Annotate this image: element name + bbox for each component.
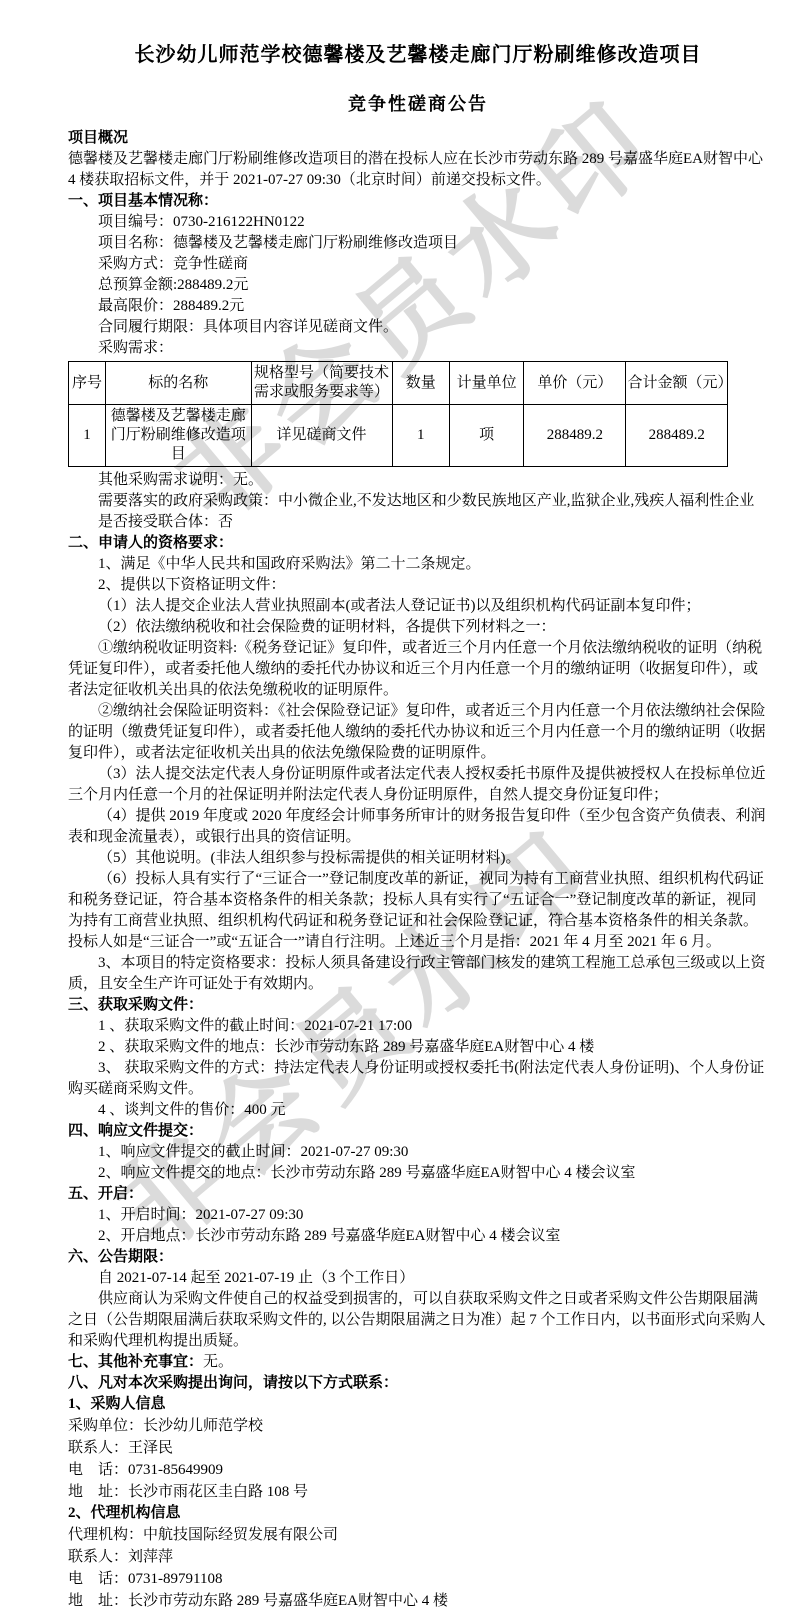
table-cell: 288489.2: [626, 405, 728, 467]
paragraph: 3、 获取采购文件的方式：持法定代表人身份证明或授权委托书(附法定代表人身份证明…: [68, 1058, 768, 1100]
section-heading: 七、其他补充事宜：无。: [68, 1352, 768, 1373]
section-heading: 一、项目基本情况称：: [68, 191, 768, 212]
paragraph: 1 、获取采购文件的截止时间：2021-07-21 17:00: [68, 1016, 768, 1037]
table-header-cell: 标的名称: [105, 362, 251, 405]
paragraph: ①缴纳税收证明资料:《税务登记证》复印件，或者近三个月内任意一个月依法缴纳税收的…: [68, 638, 768, 701]
section-heading: 四、响应文件提交：: [68, 1121, 768, 1142]
document-title: 长沙幼儿师范学校德馨楼及艺馨楼走廊门厅粉刷维修改造项目: [68, 42, 768, 68]
paragraph: （6）投标人具有实行了“三证合一”登记制度改革的新证，视同为持有工商营业执照、组…: [68, 869, 768, 953]
paragraph: 代理机构：中航技国际经贸发展有限公司: [68, 1524, 768, 1546]
announcement-document: 长沙幼儿师范学校德馨楼及艺馨楼走廊门厅粉刷维修改造项目 竞争性磋商公告 项目概况…: [68, 42, 768, 1612]
paragraph: 联系人：刘萍萍: [68, 1546, 768, 1568]
paragraph: 联系人：王泽民: [68, 1437, 768, 1459]
table-header-cell: 规格型号（简要技术需求或服务要求等）: [251, 362, 392, 405]
paragraph: 地 址：长沙市劳动东路 289 号嘉盛华庭EA财智中心 4 楼: [68, 1590, 768, 1612]
table-header-row: 序号标的名称规格型号（简要技术需求或服务要求等）数量计量单位单价（元）合计金额（…: [69, 362, 728, 405]
paragraph: 项目名称：德馨楼及艺馨楼走廊门厅粉刷维修改造项目: [68, 233, 768, 254]
table-cell: 详见磋商文件: [251, 405, 392, 467]
table-row: 1德馨楼及艺馨楼走廊门厅粉刷维修改造项目详见磋商文件1项288489.22884…: [69, 405, 728, 467]
section-heading: 六、公告期限：: [68, 1247, 768, 1268]
paragraph: 2 、获取采购文件的地点：长沙市劳动东路 289 号嘉盛华庭EA财智中心 4 楼: [68, 1037, 768, 1058]
paragraph: 1、开启时间：2021-07-27 09:30: [68, 1205, 768, 1226]
paragraph: （3）法人提交法定代表人身份证明原件或者法定代表人授权委托书原件及提供被授权人在…: [68, 764, 768, 806]
paragraph: 需要落实的政府采购政策：中小微企业,不发达地区和少数民族地区产业,监狱企业,残疾…: [68, 491, 768, 512]
paragraph: 采购方式：竞争性磋商: [68, 254, 768, 275]
paragraph: 2、响应文件提交的地点：长沙市劳动东路 289 号嘉盛华庭EA财智中心 4 楼会…: [68, 1163, 768, 1184]
document-body: 项目概况德馨楼及艺馨楼走廊门厅粉刷维修改造项目的潜在投标人应在长沙市劳动东路 2…: [68, 128, 768, 1612]
paragraph: 2、开启地点：长沙市劳动东路 289 号嘉盛华庭EA财智中心 4 楼会议室: [68, 1226, 768, 1247]
paragraph: （1）法人提交企业法人营业执照副本(或者法人登记证书)以及组织机构代码证副本复印…: [68, 596, 768, 617]
table-header-cell: 单价（元）: [524, 362, 626, 405]
procurement-table: 序号标的名称规格型号（简要技术需求或服务要求等）数量计量单位单价（元）合计金额（…: [68, 361, 728, 467]
document-subtitle: 竞争性磋商公告: [68, 92, 768, 116]
section-heading: 1、采购人信息: [68, 1394, 768, 1415]
paragraph: 自 2021-07-14 起至 2021-07-19 止（3 个工作日）: [68, 1268, 768, 1289]
paragraph: （5）其他说明。(非法人组织参与投标需提供的相关证明材料)。: [68, 848, 768, 869]
paragraph: 采购需求：: [68, 338, 768, 359]
paragraph: 3、本项目的特定资格要求：投标人须具备建设行政主管部门核发的建筑工程施工总承包三…: [68, 953, 768, 995]
section-heading: 五、开启：: [68, 1184, 768, 1205]
table-header-cell: 序号: [69, 362, 106, 405]
paragraph: 合同履行期限：具体项目内容详见磋商文件。: [68, 317, 768, 338]
paragraph: 1、满足《中华人民共和国政府采购法》第二十二条规定。: [68, 554, 768, 575]
paragraph: 采购单位：长沙幼儿师范学校: [68, 1415, 768, 1437]
document-page: 非会员水印 非会员水印 长沙幼儿师范学校德馨楼及艺馨楼走廊门厅粉刷维修改造项目 …: [0, 0, 793, 1613]
table-cell: 德馨楼及艺馨楼走廊门厅粉刷维修改造项目: [105, 405, 251, 467]
section-heading: 2、代理机构信息: [68, 1503, 768, 1524]
paragraph: 是否接受联合体：否: [68, 512, 768, 533]
paragraph: 其他采购需求说明：无。: [68, 470, 768, 491]
paragraph: 1、响应文件提交的截止时间：2021-07-27 09:30: [68, 1142, 768, 1163]
paragraph: 2、提供以下资格证明文件：: [68, 575, 768, 596]
table-header-cell: 计量单位: [449, 362, 523, 405]
paragraph: 德馨楼及艺馨楼走廊门厅粉刷维修改造项目的潜在投标人应在长沙市劳动东路 289 号…: [68, 149, 768, 191]
heading-tail: 无。: [203, 1354, 233, 1370]
paragraph: 供应商认为采购文件使自己的权益受到损害的，可以自获取采购文件之日或者采购文件公告…: [68, 1289, 768, 1352]
heading-label: 七、其他补充事宜：: [68, 1354, 203, 1370]
paragraph: 最高限价：288489.2元: [68, 296, 768, 317]
section-heading: 八、凡对本次采购提出询问，请按以下方式联系：: [68, 1373, 768, 1394]
section-heading: 三、获取采购文件：: [68, 995, 768, 1016]
section-heading: 项目概况: [68, 128, 768, 149]
paragraph: 4 、谈判文件的售价：400 元: [68, 1100, 768, 1121]
section-heading: 二、申请人的资格要求：: [68, 533, 768, 554]
paragraph: 项目编号：0730-216122HN0122: [68, 212, 768, 233]
paragraph: 地 址：长沙市雨花区圭白路 108 号: [68, 1481, 768, 1503]
paragraph: 电 话：0731-89791108: [68, 1568, 768, 1590]
paragraph: 总预算金额:288489.2元: [68, 275, 768, 296]
table-cell: 288489.2: [524, 405, 626, 467]
paragraph: 电 话：0731-85649909: [68, 1459, 768, 1481]
paragraph: （4）提供 2019 年度或 2020 年度经会计师事务所审计的财务报告复印件（…: [68, 806, 768, 848]
table-header-cell: 合计金额（元）: [626, 362, 728, 405]
paragraph: （2）依法缴纳税收和社会保险费的证明材料，各提供下列材料之一：: [68, 617, 768, 638]
table-cell: 1: [69, 405, 106, 467]
table-cell: 项: [449, 405, 523, 467]
table-cell: 1: [392, 405, 449, 467]
paragraph: ②缴纳社会保险证明资料：《社会保险登记证》复印件，或者近三个月内任意一个月依法缴…: [68, 701, 768, 764]
table-header-cell: 数量: [392, 362, 449, 405]
